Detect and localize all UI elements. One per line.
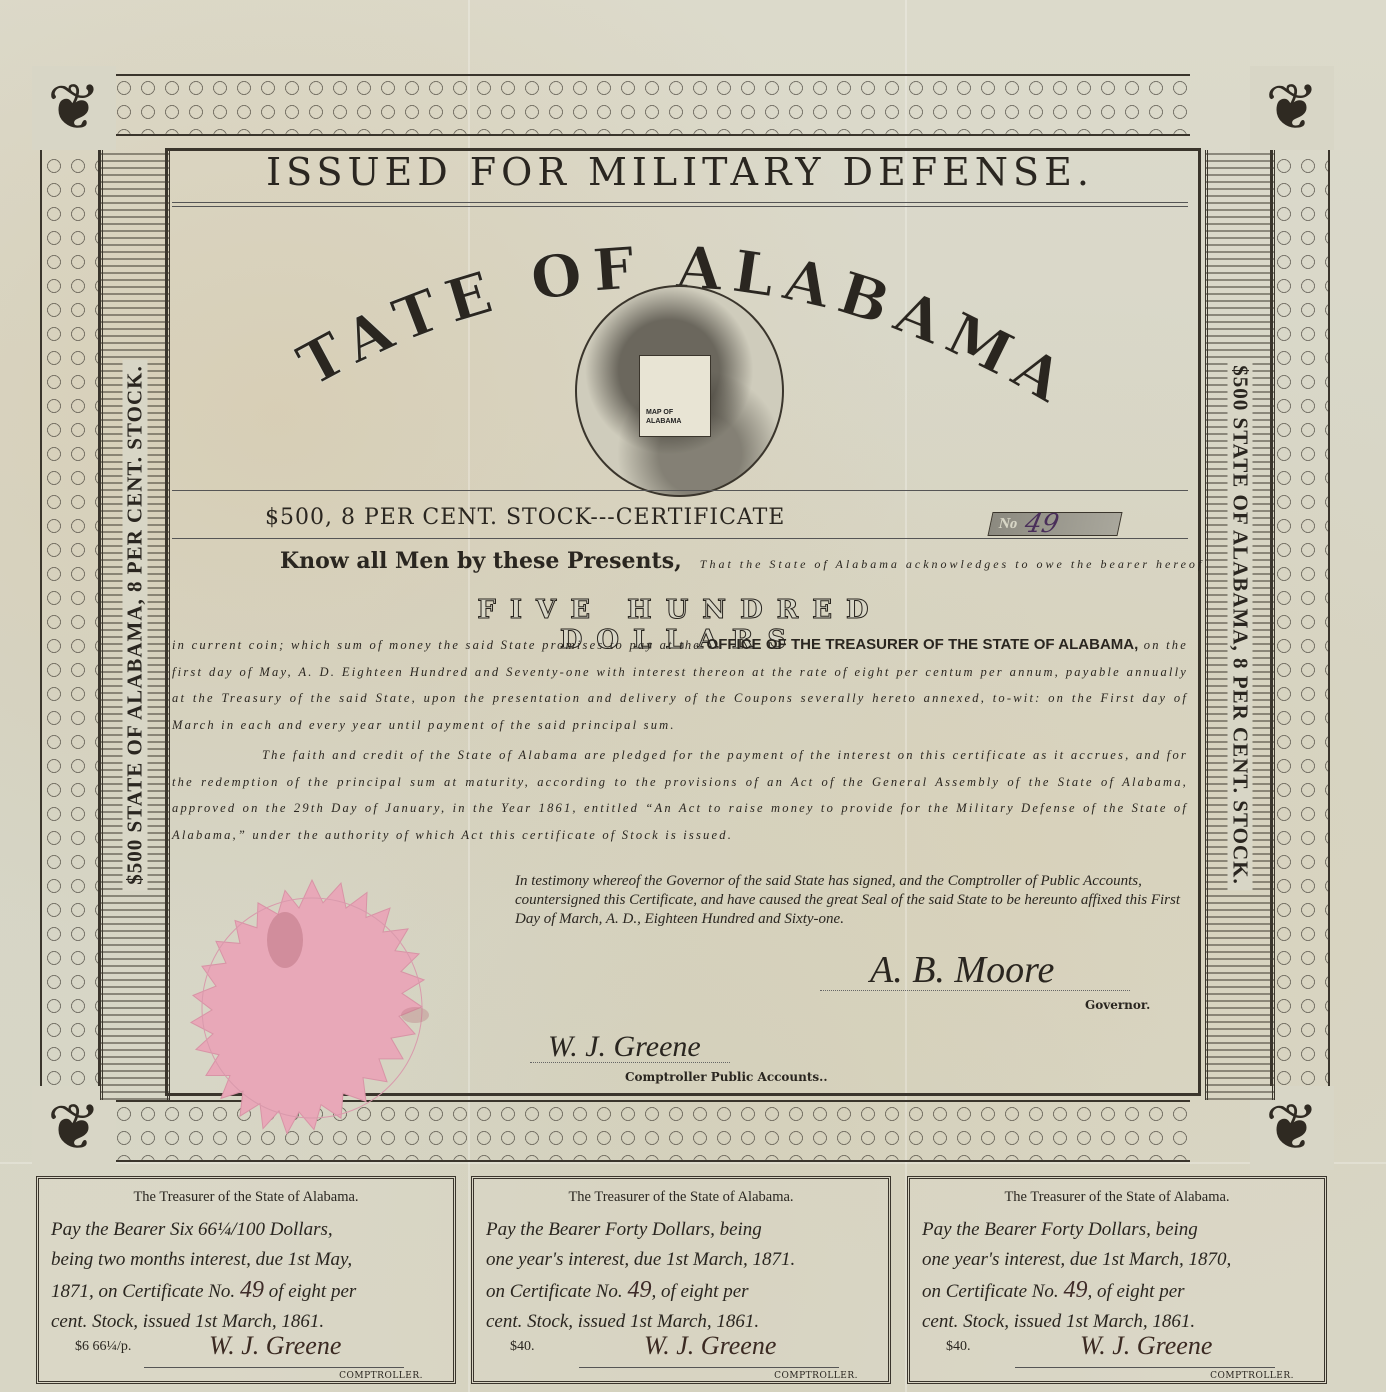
paragraph-1: in current coin; which sum of money the … xyxy=(172,632,1188,738)
coupon-body: Pay the Bearer Forty Dollars, being one … xyxy=(922,1215,1318,1337)
presents-heading: Know all Men by these Presents, xyxy=(280,548,682,574)
paragraph-1-text: in current coin; which sum of money the … xyxy=(172,638,701,652)
presents-text: That the State of Alabama acknowledges t… xyxy=(700,557,1205,571)
testimony-clause: In testimony whereof the Governor of the… xyxy=(515,872,1195,929)
coupon-amount: $40. xyxy=(946,1339,971,1355)
ornamental-border-right xyxy=(1270,130,1330,1100)
interest-coupon: The Treasurer of the State of Alabama. P… xyxy=(36,1176,456,1384)
side-strip-right: $500 STATE OF ALABAMA, 8 PER CENT. STOCK… xyxy=(1205,150,1275,1100)
coupon-line: Pay the Bearer Forty Dollars, being xyxy=(486,1215,882,1245)
coupon-line: on Certificate No. 49, of eight per xyxy=(486,1275,882,1307)
state-vignette: MAP OF ALABAMA xyxy=(575,285,784,497)
coupon-signer-title: COMPTROLLER. xyxy=(339,1371,423,1381)
headline: ISSUED FOR MILITARY DEFENSE. xyxy=(170,150,1190,194)
paper-fold xyxy=(0,1162,1386,1164)
treasurer-office: OFFICE OF THE TREASURER OF THE STATE OF … xyxy=(707,636,1139,653)
coupon-signer-title: COMPTROLLER. xyxy=(1210,1371,1294,1381)
divider xyxy=(172,206,1188,207)
state-seal xyxy=(165,860,460,1145)
signature-line xyxy=(144,1367,404,1368)
comptroller-signature: W. J. Greene xyxy=(548,1030,701,1064)
coupon-certificate-number: 49 xyxy=(1063,1277,1087,1303)
coupon-line: 1871, on Certificate No. 49 of eight per xyxy=(51,1275,447,1307)
coupon-heading: The Treasurer of the State of Alabama. xyxy=(39,1189,453,1206)
comptroller-title: Comptroller Public Accounts.. xyxy=(625,1070,828,1084)
divider xyxy=(172,202,1188,203)
ornamental-border-top xyxy=(40,74,1190,136)
corner-ornament-icon: ❦ xyxy=(1250,66,1334,150)
ornamental-border-left xyxy=(40,130,100,1100)
coupon-signature: W. J. Greene xyxy=(1080,1331,1212,1361)
coupon-heading: The Treasurer of the State of Alabama. xyxy=(910,1189,1324,1206)
governor-signature: A. B. Moore xyxy=(870,948,1054,992)
signature-line xyxy=(1015,1367,1275,1368)
coupon-signer-title: COMPTROLLER. xyxy=(774,1371,858,1381)
interest-coupon: The Treasurer of the State of Alabama. P… xyxy=(907,1176,1327,1384)
corner-ornament-icon: ❦ xyxy=(32,66,116,150)
side-strip-text: $500 STATE OF ALABAMA, 8 PER CENT. STOCK… xyxy=(1228,359,1253,890)
coupon-body: Pay the Bearer Six 66¼/100 Dollars, bein… xyxy=(51,1215,447,1337)
coupon-signature: W. J. Greene xyxy=(644,1331,776,1361)
signature-line xyxy=(579,1367,839,1368)
side-strip-text: $500 STATE OF ALABAMA, 8 PER CENT. STOCK… xyxy=(123,359,148,890)
coupon-certificate-number: 49 xyxy=(240,1277,264,1303)
coupon-line: Pay the Bearer Six 66¼/100 Dollars, xyxy=(51,1215,447,1245)
divider xyxy=(172,538,1188,539)
interest-coupon: The Treasurer of the State of Alabama. P… xyxy=(471,1176,891,1384)
governor-title: Governor. xyxy=(1085,998,1150,1012)
coupon-heading: The Treasurer of the State of Alabama. xyxy=(474,1189,888,1206)
side-strip-left: $500 STATE OF ALABAMA, 8 PER CENT. STOCK… xyxy=(100,150,170,1100)
coupon-line: on Certificate No. 49, of eight per xyxy=(922,1275,1318,1307)
certificate-line: $500, 8 PER CENT. STOCK---CERTIFICATE xyxy=(265,505,985,530)
coupon-line: Pay the Bearer Forty Dollars, being xyxy=(922,1215,1318,1245)
coupon-line: one year's interest, due 1st March, 1870… xyxy=(922,1245,1318,1275)
coupon-line: one year's interest, due 1st March, 1871… xyxy=(486,1245,882,1275)
number-label: No xyxy=(997,516,1019,533)
coupon-signature: W. J. Greene xyxy=(209,1331,341,1361)
map-of-alabama-scroll: MAP OF ALABAMA xyxy=(639,355,711,437)
coupon-amount: $40. xyxy=(510,1339,535,1355)
certificate-number-badge: No 49 xyxy=(987,512,1122,536)
coupon-amount: $6 66¼/p. xyxy=(75,1339,131,1355)
coupon-certificate-number: 49 xyxy=(627,1277,651,1303)
coupon-line: being two months interest, due 1st May, xyxy=(51,1245,447,1275)
certificate-number: 49 xyxy=(1022,509,1061,539)
coupon-body: Pay the Bearer Forty Dollars, being one … xyxy=(486,1215,882,1337)
presents-line: Know all Men by these Presents, That the… xyxy=(280,548,1195,574)
divider xyxy=(172,490,1188,491)
paragraph-2: The faith and credit of the State of Ala… xyxy=(172,742,1188,848)
